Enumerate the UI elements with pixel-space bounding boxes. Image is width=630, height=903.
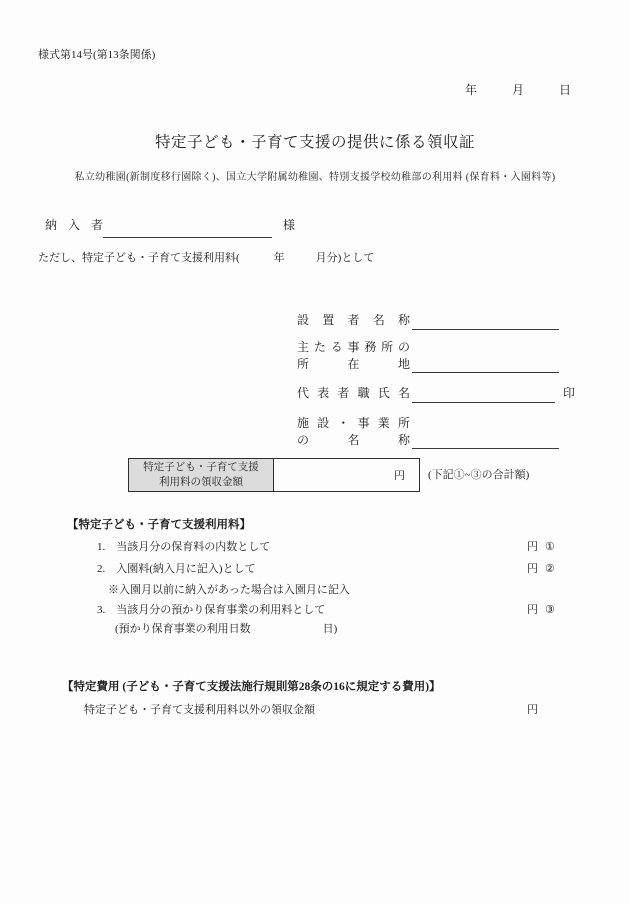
payer-name-blank [103,218,272,238]
receipt-amount-value-cell: 円 [274,459,419,491]
usage-fee-item-3: 3. 当該月分の預かり保育事業の利用料として [97,601,325,617]
specified-costs-unit: 円 [527,701,538,717]
payer-label: 納 入 者 [45,216,103,233]
receipt-amount-label-line2: 利用料の領収金額 [159,475,243,490]
receipt-amount-table: 特定子ども・子育て支援 利用料の領収金額 円 [128,458,420,492]
usage-fee-item-3-unit: 円③ [527,601,555,617]
receipt-amount-label-line1: 特定子ども・子育て支援 [143,460,259,475]
days-unit-label: 日) [323,623,338,635]
currency-label: 円 [527,604,538,616]
currency-label: 円 [527,541,538,553]
circled-number-2: ② [545,563,555,575]
currency-label: 円 [394,467,405,483]
page-title: 特定子ども・子育て支援の提供に係る領収証 [0,130,630,152]
proviso-year-label: 年 [274,252,285,264]
page-subtitle: 私立幼稚園(新制度移行園除く)、国立大学附属幼稚園、特別支援学校幼稚部の利用料 … [0,168,630,183]
usage-fees-heading: 【特定子ども・子育て支援利用料】 [67,516,251,532]
usage-fee-item-1: 1. 当該月分の保育料の内数として [97,538,270,554]
proviso-line: ただし、特定子ども・子育て支援利用料(年月分)として [38,249,374,265]
usage-fee-item-2-unit: 円② [527,560,555,576]
proviso-text-after: 月分)として [316,252,375,264]
usage-fee-item-2: 2. 入園料(納入月に記入)として [97,560,256,576]
currency-label: 円 [527,563,538,575]
issuer-facility-label-line2: の 名 称 [297,431,410,448]
usage-fee-item-1-unit: 円① [527,538,555,554]
specified-costs-line: 特定子ども・子育て支援利用料以外の領収金額 [84,701,315,717]
seal-mark-label: 印 [563,384,575,401]
issuer-name-label: 設 置 者 名 称 [297,311,410,328]
childcare-days-text: (預かり保育事業の利用日数 [115,623,251,635]
specified-costs-heading: 【特定費用 (子ども・子育て支援法施行規則第28条の16に規定する費用)】 [62,678,441,694]
issuer-representative-label: 代 表 者 職 氏 名 [297,384,410,401]
usage-fee-item-2-note: ※入園月以前に納入があった場合は入園月に記入 [108,581,350,597]
issuer-name-blank [412,312,559,330]
circled-number-1: ① [545,541,555,553]
receipt-amount-note: (下記①~③の合計額) [428,466,529,482]
date-day-label: 日 [559,81,571,98]
usage-fee-item-3-sub: (預かり保育事業の利用日数日) [115,620,337,636]
date-line: 年 月 日 [465,81,571,98]
issuer-facility-blank [412,431,559,449]
receipt-amount-label-cell: 特定子ども・子育て支援 利用料の領収金額 [129,459,274,491]
circled-number-3: ③ [545,604,555,616]
date-year-label: 年 [465,81,477,98]
issuer-representative-blank [412,385,555,403]
issuer-office-label-line1: 主たる事務所の [297,338,410,355]
proviso-text-before: ただし、特定子ども・子育て支援利用料( [38,252,240,264]
issuer-office-blank [412,355,559,373]
form-number: 様式第14号(第13条関係) [38,46,155,62]
issuer-office-label-line2: 所 在 地 [297,355,410,372]
currency-label: 円 [527,704,538,716]
receipt-form-page: 様式第14号(第13条関係) 年 月 日 特定子ども・子育て支援の提供に係る領収… [0,0,630,903]
date-month-label: 月 [512,81,524,98]
payer-honorific: 様 [283,216,295,233]
issuer-facility-label-line1: 施 設 ・ 事 業 所 [297,414,410,431]
